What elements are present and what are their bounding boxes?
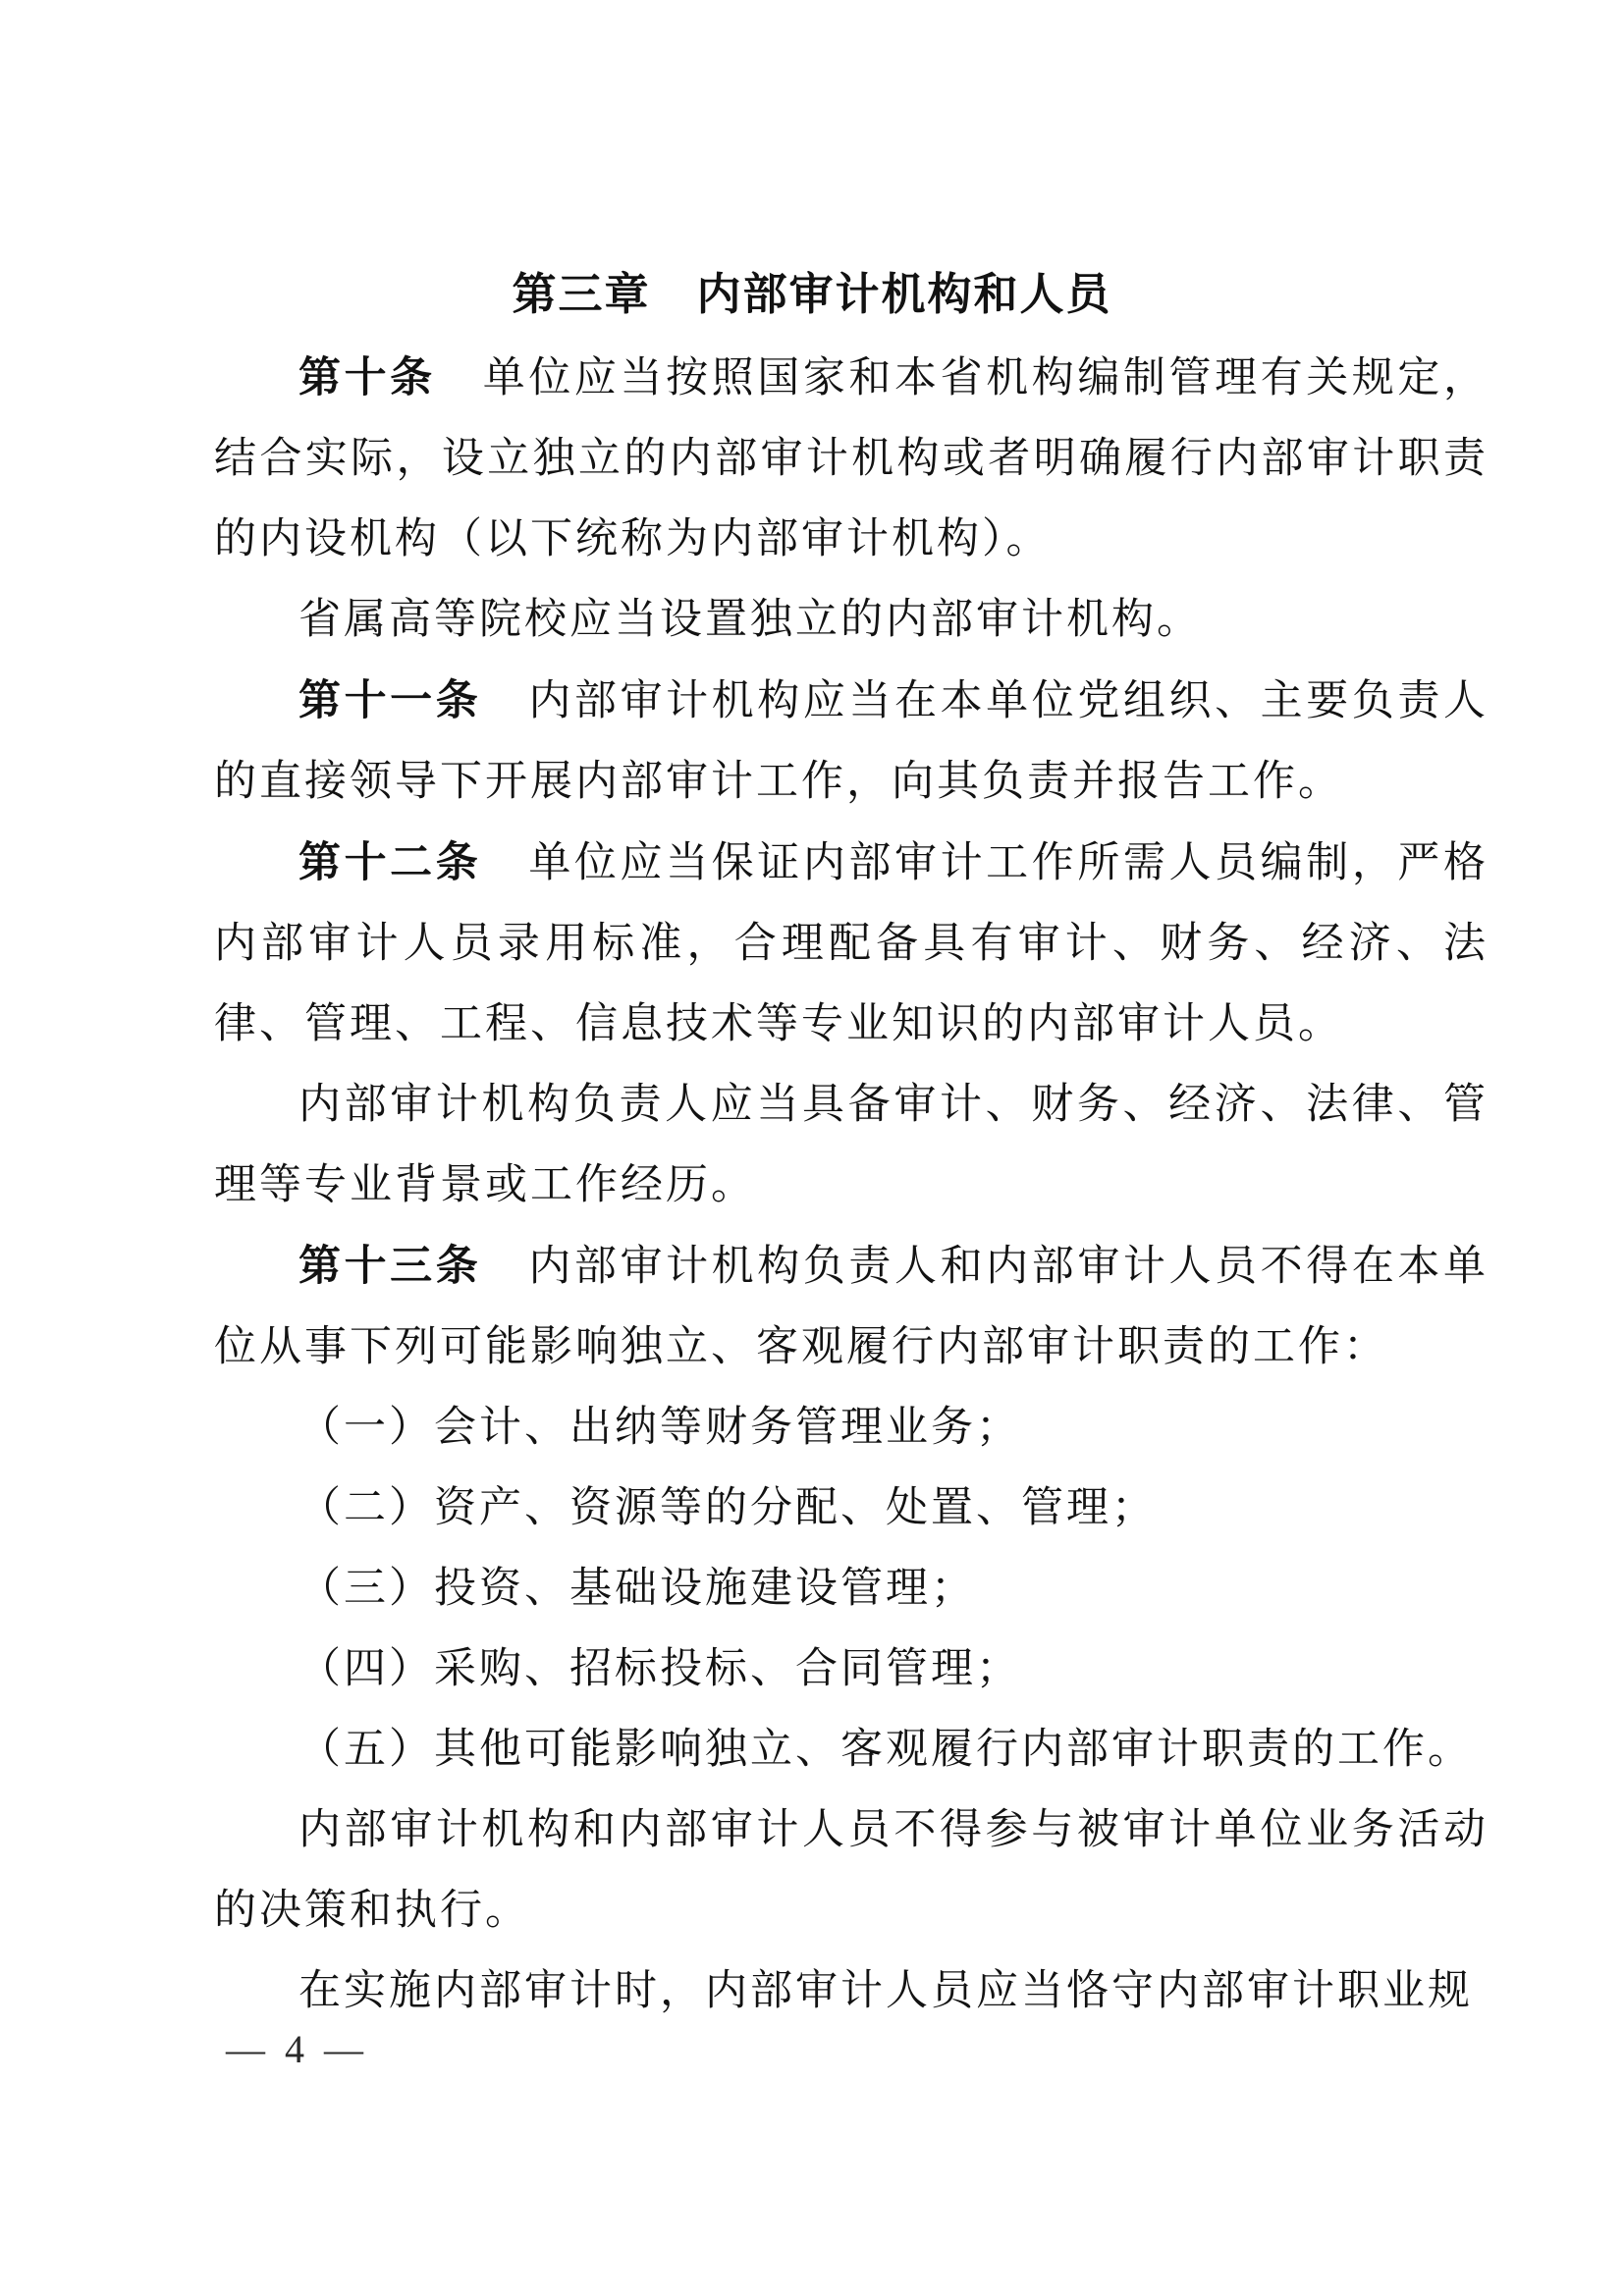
article-13-subparagraph: 内部审计机构和内部审计人员不得参与被审计单位业务活动的决策和执行。: [214, 1790, 1489, 1951]
list-item-5-text: （五）其他可能影响独立、客观履行内部审计职责的工作。: [298, 1727, 1473, 1773]
article-12-paragraph: 第十二条单位应当保证内部审计工作所需人员编制，严格内部审计人员录用标准，合理配备…: [214, 823, 1489, 1065]
article-12-subparagraph: 内部审计机构负责人应当具备审计、财务、经济、法律、管理等专业背景或工作经历。: [214, 1065, 1489, 1226]
footer-dash-left: —: [226, 2028, 265, 2071]
article-10-subparagraph-text: 省属高等院校应当设置独立的内部审计机构。: [298, 597, 1202, 643]
document-page: 第三章 内部审计机构和人员 第十条单位应当按照国家和本省机构编制管理有关规定，结…: [0, 0, 1624, 2296]
article-10-paragraph: 第十条单位应当按照国家和本省机构编制管理有关规定，结合实际，设立独立的内部审计机…: [214, 338, 1489, 580]
article-13-paragraph: 第十三条内部审计机构负责人和内部审计人员不得在本单位从事下列可能影响独立、客观履…: [214, 1226, 1489, 1388]
chapter-heading: 第三章 内部审计机构和人员: [0, 267, 1624, 322]
article-10-number: 第十条: [298, 354, 436, 401]
document-body: 第十条单位应当按照国家和本省机构编制管理有关规定，结合实际，设立独立的内部审计机…: [214, 338, 1489, 2032]
list-item-2: （二）资产、资源等的分配、处置、管理；: [214, 1468, 1489, 1549]
list-item-4: （四）采购、招标投标、合同管理；: [214, 1629, 1489, 1710]
article-12-subparagraph-text: 内部审计机构负责人应当具备审计、财务、经济、法律、管理等专业背景或工作经历。: [214, 1082, 1489, 1208]
list-item-1: （一）会计、出纳等财务管理业务；: [214, 1388, 1489, 1468]
page-number: 4: [285, 2028, 304, 2071]
list-item-1-text: （一）会计、出纳等财务管理业务；: [298, 1405, 1021, 1451]
page-footer: — 4 —: [226, 2028, 363, 2071]
list-item-3-text: （三）投资、基础设施建设管理；: [298, 1566, 976, 1612]
article-13-continuation-text: 在实施内部审计时，内部审计人员应当恪守内部审计职业规: [298, 1968, 1473, 2014]
article-13-subparagraph-text: 内部审计机构和内部审计人员不得参与被审计单位业务活动的决策和执行。: [214, 1807, 1489, 1934]
article-13-continuation: 在实施内部审计时，内部审计人员应当恪守内部审计职业规: [214, 1951, 1489, 2032]
article-11-paragraph: 第十一条内部审计机构应当在本单位党组织、主要负责人的直接领导下开展内部审计工作，…: [214, 661, 1489, 823]
article-13-number: 第十三条: [298, 1243, 481, 1290]
footer-dash-right: —: [324, 2028, 363, 2071]
list-item-3: （三）投资、基础设施建设管理；: [214, 1549, 1489, 1629]
list-item-4-text: （四）采购、招标投标、合同管理；: [298, 1646, 1021, 1692]
article-10-subparagraph: 省属高等院校应当设置独立的内部审计机构。: [214, 580, 1489, 661]
list-item-5: （五）其他可能影响独立、客观履行内部审计职责的工作。: [214, 1710, 1489, 1790]
article-12-number: 第十二条: [298, 839, 481, 886]
article-11-number: 第十一条: [298, 677, 481, 724]
list-item-2-text: （二）资产、资源等的分配、处置、管理；: [298, 1485, 1157, 1531]
